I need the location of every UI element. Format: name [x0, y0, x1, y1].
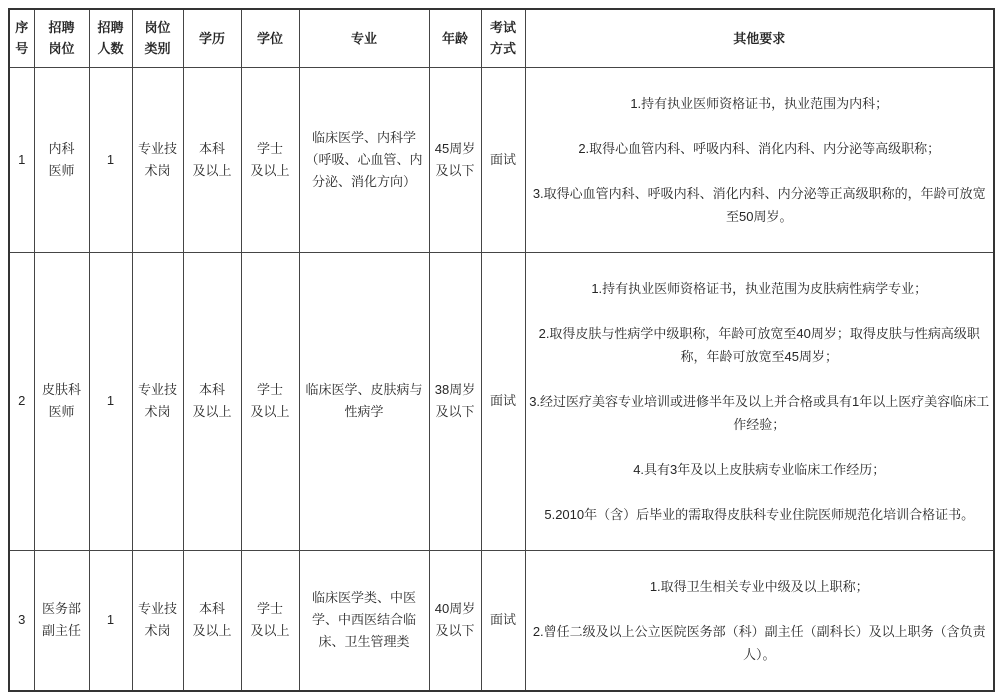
cell-major: 临床医学、内科学（呼吸、心血管、内分泌、消化方向） — [299, 67, 429, 252]
cell-age: 40周岁 及以下 — [429, 550, 481, 691]
cell-education: 本科 及以上 — [183, 67, 241, 252]
header-count: 招聘 人数 — [89, 9, 132, 67]
header-other-requirements: 其他要求 — [525, 9, 994, 67]
header-education: 学历 — [183, 9, 241, 67]
requirement-item: 2.取得皮肤与性病学中级职称，年龄可放宽至40周岁；取得皮肤与性病高级职称，年龄… — [528, 322, 992, 368]
cell-position: 医务部 副主任 — [34, 550, 89, 691]
requirement-item: 1.取得卫生相关专业中级及以上职称； — [528, 575, 992, 598]
cell-position: 内科 医师 — [34, 67, 89, 252]
requirement-item: 4.具有3年及以上皮肤病专业临床工作经历； — [528, 458, 992, 481]
table-row: 2 皮肤科 医师 1 专业技 术岗 本科 及以上 学士 及以上 临床医学、皮肤病… — [9, 252, 994, 550]
cell-major: 临床医学、皮肤病与性病学 — [299, 252, 429, 550]
cell-position: 皮肤科 医师 — [34, 252, 89, 550]
page: 序 号 招聘 岗位 招聘 人数 岗位 类别 学历 学位 专业 年龄 考试 方式 … — [0, 0, 1001, 418]
cell-count: 1 — [89, 550, 132, 691]
cell-education: 本科 及以上 — [183, 550, 241, 691]
cell-degree: 学士 及以上 — [241, 252, 299, 550]
header-position: 招聘 岗位 — [34, 9, 89, 67]
cell-seq: 3 — [9, 550, 34, 691]
table-row: 1 内科 医师 1 专业技 术岗 本科 及以上 学士 及以上 临床医学、内科学（… — [9, 67, 994, 252]
cell-requirements: 1.持有执业医师资格证书，执业范围为皮肤病性病学专业； 2.取得皮肤与性病学中级… — [525, 252, 994, 550]
cell-age: 38周岁 及以下 — [429, 252, 481, 550]
requirement-item: 1.持有执业医师资格证书，执业范围为内科； — [528, 92, 992, 115]
requirement-item: 3.取得心血管内科、呼吸内科、消化内科、内分泌等正高级职称的，年龄可放宽至50周… — [528, 182, 992, 228]
cell-category: 专业技 术岗 — [132, 252, 183, 550]
cell-degree: 学士 及以上 — [241, 550, 299, 691]
cell-category: 专业技 术岗 — [132, 550, 183, 691]
header-row: 序 号 招聘 岗位 招聘 人数 岗位 类别 学历 学位 专业 年龄 考试 方式 … — [9, 9, 994, 67]
requirement-item: 2.曾任二级及以上公立医院医务部（科）副主任（副科长）及以上职务（含负责人）。 — [528, 620, 992, 666]
cell-exam: 面试 — [481, 550, 525, 691]
requirement-item: 2.取得心血管内科、呼吸内科、消化内科、内分泌等高级职称； — [528, 137, 992, 160]
header-seq: 序 号 — [9, 9, 34, 67]
requirement-item: 3.经过医疗美容专业培训或进修半年及以上并合格或具有1年以上医疗美容临床工作经验… — [528, 390, 992, 436]
recruitment-table: 序 号 招聘 岗位 招聘 人数 岗位 类别 学历 学位 专业 年龄 考试 方式 … — [8, 8, 995, 692]
table-row: 3 医务部 副主任 1 专业技 术岗 本科 及以上 学士 及以上 临床医学类、中… — [9, 550, 994, 691]
cell-major: 临床医学类、中医学、中西医结合临床、卫生管理类 — [299, 550, 429, 691]
cell-requirements: 1.取得卫生相关专业中级及以上职称； 2.曾任二级及以上公立医院医务部（科）副主… — [525, 550, 994, 691]
cell-education: 本科 及以上 — [183, 252, 241, 550]
header-degree: 学位 — [241, 9, 299, 67]
header-major: 专业 — [299, 9, 429, 67]
cell-seq: 2 — [9, 252, 34, 550]
cell-exam: 面试 — [481, 252, 525, 550]
cell-degree: 学士 及以上 — [241, 67, 299, 252]
cell-requirements: 1.持有执业医师资格证书，执业范围为内科； 2.取得心血管内科、呼吸内科、消化内… — [525, 67, 994, 252]
cell-count: 1 — [89, 252, 132, 550]
header-age: 年龄 — [429, 9, 481, 67]
requirement-item: 5.2010年（含）后毕业的需取得皮肤科专业住院医师规范化培训合格证书。 — [528, 503, 992, 526]
cell-exam: 面试 — [481, 67, 525, 252]
requirement-item: 1.持有执业医师资格证书，执业范围为皮肤病性病学专业； — [528, 277, 992, 300]
cell-category: 专业技 术岗 — [132, 67, 183, 252]
header-exam: 考试 方式 — [481, 9, 525, 67]
header-category: 岗位 类别 — [132, 9, 183, 67]
cell-age: 45周岁 及以下 — [429, 67, 481, 252]
cell-count: 1 — [89, 67, 132, 252]
cell-seq: 1 — [9, 67, 34, 252]
